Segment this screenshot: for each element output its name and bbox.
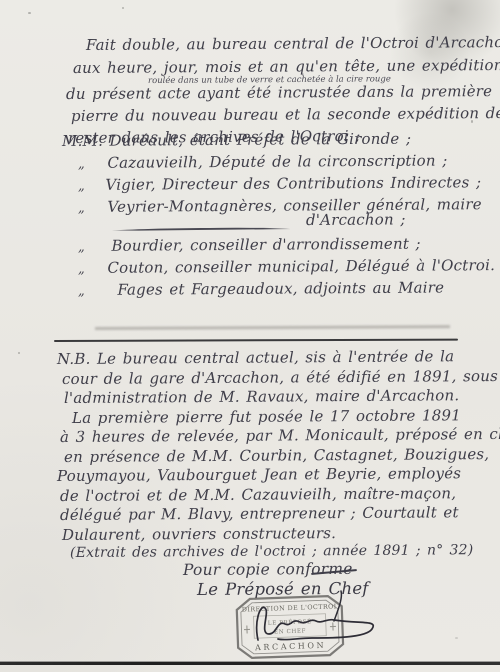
officials-line-prefet: M.M. Duréault, étant Préfet de la Girond… (62, 130, 411, 150)
ditto-mark: „ (78, 179, 85, 194)
officials-text: Fages et Fargeaudoux, adjoints au Maire (117, 278, 444, 298)
ditto-mark: „ (78, 157, 85, 172)
nb-line-10: Dulaurent, ouvriers constructeurs. (62, 524, 336, 544)
scan-edge-line (0, 662, 500, 665)
ditto-mark: „ (78, 262, 85, 277)
officials-continuation-arcachon: d'Arcachon ; (306, 210, 406, 229)
para1-line-2: aux heure, jour, mois et an qu'en tête, … (73, 56, 500, 77)
horizontal-rule (54, 339, 458, 342)
nb-line-2: cour de la gare d'Arcachon, a été édifié… (62, 367, 498, 388)
officials-line-veyrier: „ Veyrier-Montagnères, conseiller généra… (78, 195, 482, 216)
officials-line-cazauvieilh: „ Cazauvieilh, Député de la circonscript… (78, 151, 448, 172)
nb-line-6: en présence de M.M. Courbin, Castagnet, … (64, 445, 489, 466)
officials-text: Veyrier-Montagnères, conseiller général,… (107, 195, 482, 216)
officials-text: Cazauvieilh, Député de la circonscriptio… (107, 151, 447, 171)
scanned-manuscript-page: Fait double, au bureau central de l'Octr… (0, 0, 500, 672)
signature (228, 588, 388, 660)
nb-line-5: à 3 heures de relevée, par M. Monicault,… (60, 425, 500, 446)
signature-stroke (228, 588, 388, 656)
para1-line-4: pierre du nouveau bureau et la seconde e… (71, 104, 500, 125)
officials-line-bourdier: „ Bourdier, conseiller d'arrondissement … (78, 235, 421, 255)
nb-line-8: de l'octroi et de M.M. Cazauvieilh, maît… (60, 484, 456, 505)
nb-extract-reference: (Extrait des archives de l'octroi ; anné… (70, 542, 474, 561)
nb-line-4: La première pierre fut posée le 17 octob… (72, 406, 461, 427)
handwritten-flourish-line (112, 227, 290, 231)
paper-speck (455, 637, 458, 639)
nb-line-3: l'administration de M. Ravaux, maire d'A… (64, 386, 459, 407)
ditto-mark: „ (78, 240, 85, 255)
officials-line-vigier: „ Vigier, Directeur des Contributions In… (78, 173, 481, 194)
officials-line-fages: „ Fages et Fargeaudoux, adjoints au Mair… (78, 278, 444, 299)
nb-line-9: délégué par M. Blavy, entrepreneur ; Cou… (60, 503, 459, 524)
officials-text: Couton, conseiller municipal, Délégué à … (107, 256, 495, 277)
officials-text: Bourdier, conseiller d'arrondissement ; (111, 235, 421, 255)
officials-line-couton: „ Couton, conseiller municipal, Délégué … (78, 256, 495, 277)
nb-line-1: N.B. Le bureau central actuel, sis à l'e… (57, 347, 454, 368)
copy-conforme-line: Pour copie conforme (183, 560, 353, 579)
faded-rule-smudge (95, 325, 450, 330)
para1-line-3: du présent acte ayant été incrustée dans… (66, 82, 492, 103)
ditto-mark: „ (78, 201, 85, 216)
para1-line-1: Fait double, au bureau central de l'Octr… (86, 33, 500, 54)
ditto-mark: „ (78, 284, 85, 299)
paper-speck (471, 120, 473, 123)
paper-speck (122, 7, 124, 9)
paper-speck (18, 352, 20, 354)
nb-line-7: Pouymayou, Vaubourguet Jean et Beyrie, e… (57, 464, 461, 485)
paper-speck (28, 12, 31, 14)
officials-text: Vigier, Directeur des Contributions Indi… (105, 173, 481, 194)
